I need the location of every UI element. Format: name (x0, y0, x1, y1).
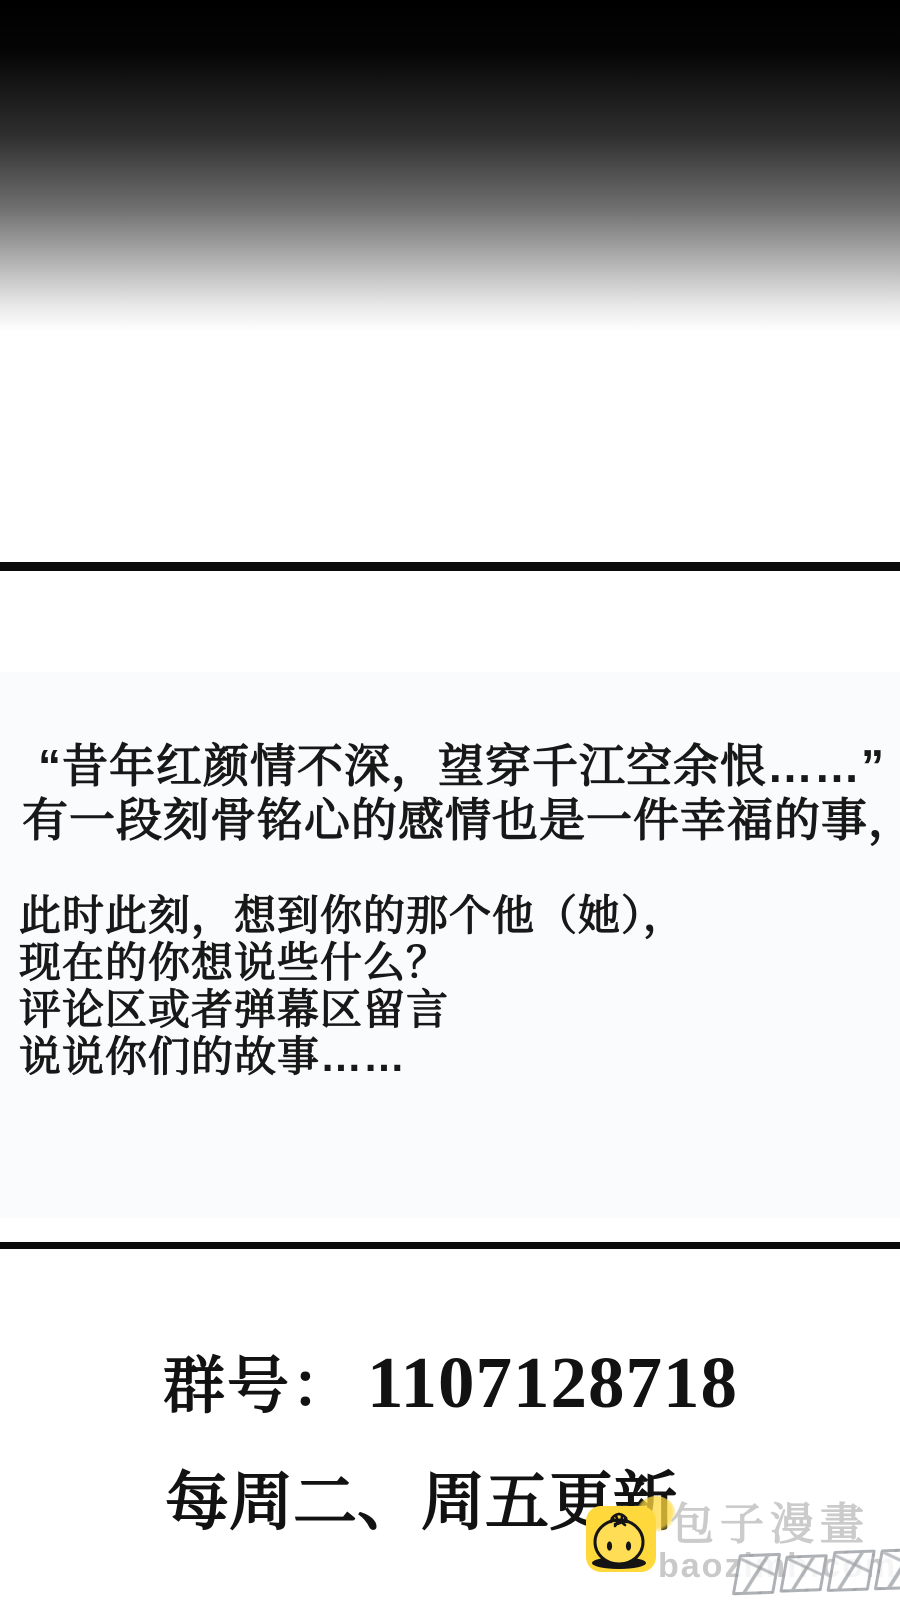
prompt-line: 现在的你想说些什么？ (19, 939, 686, 986)
qq-group-label: 群号： (163, 1356, 355, 1418)
quote-line: “昔年红颜情不深，望穿千江空余恨……” (22, 739, 900, 793)
panel-divider-top (0, 562, 900, 571)
distressed-stamp-watermark (732, 1548, 900, 1596)
stamp-fragment (779, 1554, 828, 1592)
prompt-line: 评论区或者弹幕区留言 (19, 986, 686, 1033)
prompt-paragraph: 此时此刻，想到你的那个他（她）， 现在的你想说些什么？ 评论区或者弹幕区留言 说… (19, 892, 686, 1080)
quote-line: 有一段刻骨铭心的感情也是一件幸福的事， (22, 793, 900, 847)
baozi-mascot-icon (586, 1506, 656, 1572)
qq-group-line: 群号： 1107128718 (163, 1352, 738, 1418)
stamp-fragment (732, 1553, 782, 1595)
stamp-fragment (874, 1548, 900, 1591)
quote-paragraph: “昔年红颜情不深，望穿千江空余恨……” 有一段刻骨铭心的感情也是一件幸福的事， (22, 739, 900, 847)
top-fade-gradient-panel (0, 0, 900, 562)
comic-page: “昔年红颜情不深，望穿千江空余恨……” 有一段刻骨铭心的感情也是一件幸福的事， … (0, 0, 900, 1607)
qq-group-number: 1107128718 (367, 1352, 738, 1414)
watermark-site-name: 包子漫畫 (670, 1501, 870, 1549)
panel-divider-bottom (0, 1242, 900, 1249)
prompt-line: 此时此刻，想到你的那个他（她）， (19, 892, 686, 939)
stamp-fragment (826, 1550, 876, 1592)
prompt-line: 说说你们的故事…… (19, 1033, 686, 1080)
